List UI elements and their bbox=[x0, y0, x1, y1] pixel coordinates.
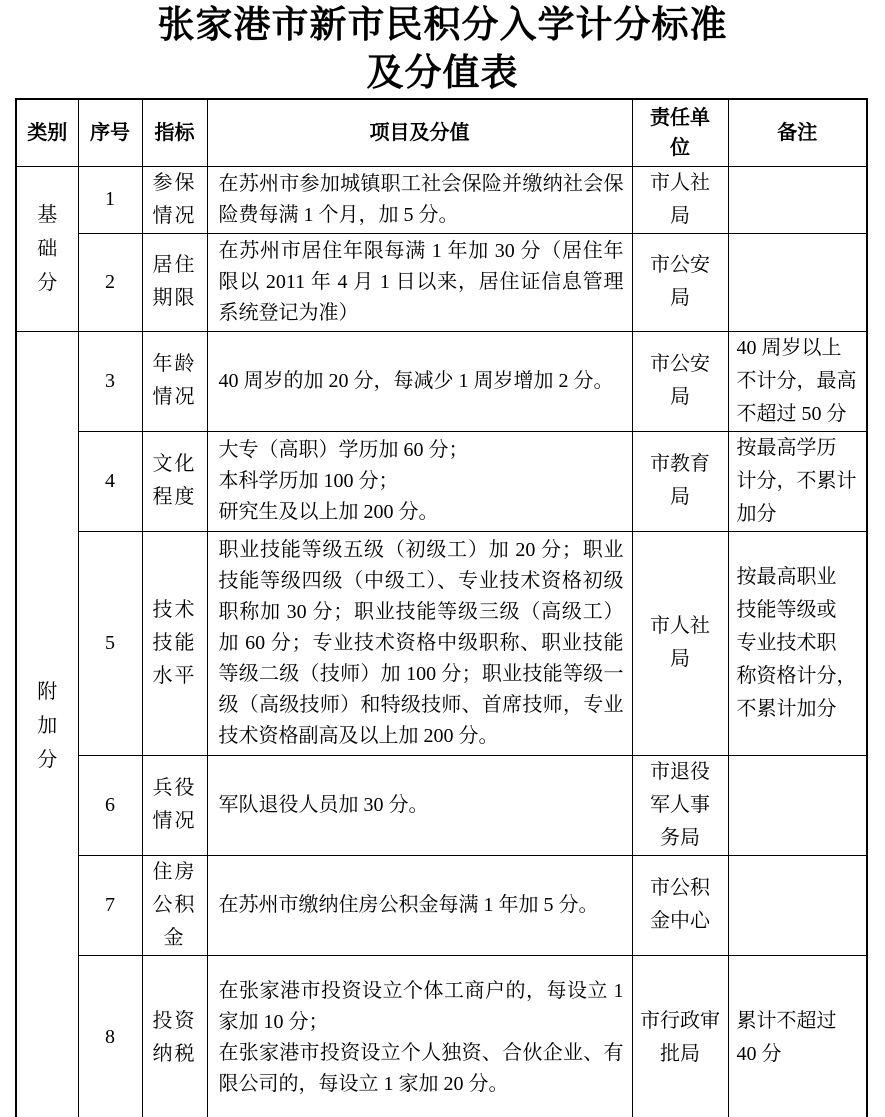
cell-project: 大专（高职）学历加 60 分； 本科学历加 100 分； 研究生及以上加 200… bbox=[207, 431, 632, 531]
cell-row-index: 1 bbox=[78, 166, 142, 233]
cell-row-index: 3 bbox=[78, 331, 142, 431]
table-row: 2 居住期限 在苏州市居住年限每满 1 年加 30 分（居住年限以 2011 年… bbox=[16, 233, 867, 331]
cell-row-index: 4 bbox=[78, 431, 142, 531]
cell-unit: 市公积 金中心 bbox=[632, 855, 728, 955]
cell-unit: 市公安 局 bbox=[632, 233, 728, 331]
page-title-line1: 张家港市新市民积分入学计分标准 bbox=[0, 2, 885, 50]
table-row: 基础分 1 参保情况 在苏州市参加城镇职工社会保险并缴纳社会保险费每满 1 个月… bbox=[16, 166, 867, 233]
category-basic-points: 基础分 bbox=[16, 166, 78, 331]
cell-row-index: 2 bbox=[78, 233, 142, 331]
cell-remark: 累计不超过 40 分 bbox=[728, 955, 867, 1117]
col-header-remark: 备注 bbox=[728, 99, 867, 166]
table-header-row: 类别 序号 指标 项目及分值 责任单 位 备注 bbox=[16, 99, 867, 166]
cell-remark: 40 周岁以上 不计分，最高 不超过 50 分 bbox=[728, 331, 867, 431]
cell-unit: 市教育 局 bbox=[632, 431, 728, 531]
cell-project: 军队退役人员加 30 分。 bbox=[207, 755, 632, 855]
cell-project: 在苏州市缴纳住房公积金每满 1 年加 5 分。 bbox=[207, 855, 632, 955]
cell-project: 职业技能等级五级（初级工）加 20 分；职业技能等级四级（中级工）、专业技术资格… bbox=[207, 531, 632, 755]
score-table: 类别 序号 指标 项目及分值 责任单 位 备注 基础分 1 参保情况 在苏州市参… bbox=[15, 98, 868, 1117]
cell-row-index: 5 bbox=[78, 531, 142, 755]
cell-project: 在苏州市居住年限每满 1 年加 30 分（居住年限以 2011 年 4 月 1 … bbox=[207, 233, 632, 331]
cell-row-index: 8 bbox=[78, 955, 142, 1117]
cell-project: 在苏州市参加城镇职工社会保险并缴纳社会保险费每满 1 个月，加 5 分。 bbox=[207, 166, 632, 233]
cell-remark bbox=[728, 855, 867, 955]
cell-row-index: 6 bbox=[78, 755, 142, 855]
category-additional-points: 附加分 bbox=[16, 331, 78, 1117]
cell-indicator: 年龄情况 bbox=[142, 331, 207, 431]
cell-indicator: 文化程度 bbox=[142, 431, 207, 531]
cell-remark bbox=[728, 166, 867, 233]
table-row: 4 文化程度 大专（高职）学历加 60 分； 本科学历加 100 分； 研究生及… bbox=[16, 431, 867, 531]
cell-unit: 市退役 军人事 务局 bbox=[632, 755, 728, 855]
col-header-project: 项目及分值 bbox=[207, 99, 632, 166]
table-row: 7 住房公积金 在苏州市缴纳住房公积金每满 1 年加 5 分。 市公积 金中心 bbox=[16, 855, 867, 955]
cell-unit: 市行政审 批局 bbox=[632, 955, 728, 1117]
cell-row-index: 7 bbox=[78, 855, 142, 955]
cell-remark bbox=[728, 233, 867, 331]
col-header-index: 序号 bbox=[78, 99, 142, 166]
cell-indicator: 居住期限 bbox=[142, 233, 207, 331]
cell-unit: 市人社 局 bbox=[632, 166, 728, 233]
cell-remark bbox=[728, 755, 867, 855]
page-title-line2: 及分值表 bbox=[0, 50, 885, 98]
cell-remark: 按最高学历 计分，不累计 加分 bbox=[728, 431, 867, 531]
cell-indicator: 技术技能水平 bbox=[142, 531, 207, 755]
table-row: 5 技术技能水平 职业技能等级五级（初级工）加 20 分；职业技能等级四级（中级… bbox=[16, 531, 867, 755]
cell-indicator: 参保情况 bbox=[142, 166, 207, 233]
cell-remark: 按最高职业 技能等级或 专业技术职 称资格计分， 不累计加分 bbox=[728, 531, 867, 755]
col-header-indicator: 指标 bbox=[142, 99, 207, 166]
cell-unit: 市公安 局 bbox=[632, 331, 728, 431]
table-row: 附加分 3 年龄情况 40 周岁的加 20 分，每减少 1 周岁增加 2 分。 … bbox=[16, 331, 867, 431]
document-page: 张家港市新市民积分入学计分标准 及分值表 类别 序号 指标 项目及分值 责任单 … bbox=[0, 0, 885, 1117]
table-row: 8 投资纳税 在张家港市投资设立个体工商户的，每设立 1 家加 10 分； 在张… bbox=[16, 955, 867, 1117]
cell-project: 在张家港市投资设立个体工商户的，每设立 1 家加 10 分； 在张家港市投资设立… bbox=[207, 955, 632, 1117]
cell-indicator: 住房公积金 bbox=[142, 855, 207, 955]
col-header-category: 类别 bbox=[16, 99, 78, 166]
page-title: 张家港市新市民积分入学计分标准 及分值表 bbox=[0, 0, 885, 98]
cell-unit: 市人社 局 bbox=[632, 531, 728, 755]
cell-project: 40 周岁的加 20 分，每减少 1 周岁增加 2 分。 bbox=[207, 331, 632, 431]
col-header-unit: 责任单 位 bbox=[632, 99, 728, 166]
cell-indicator: 投资纳税 bbox=[142, 955, 207, 1117]
cell-indicator: 兵役情况 bbox=[142, 755, 207, 855]
table-row: 6 兵役情况 军队退役人员加 30 分。 市退役 军人事 务局 bbox=[16, 755, 867, 855]
